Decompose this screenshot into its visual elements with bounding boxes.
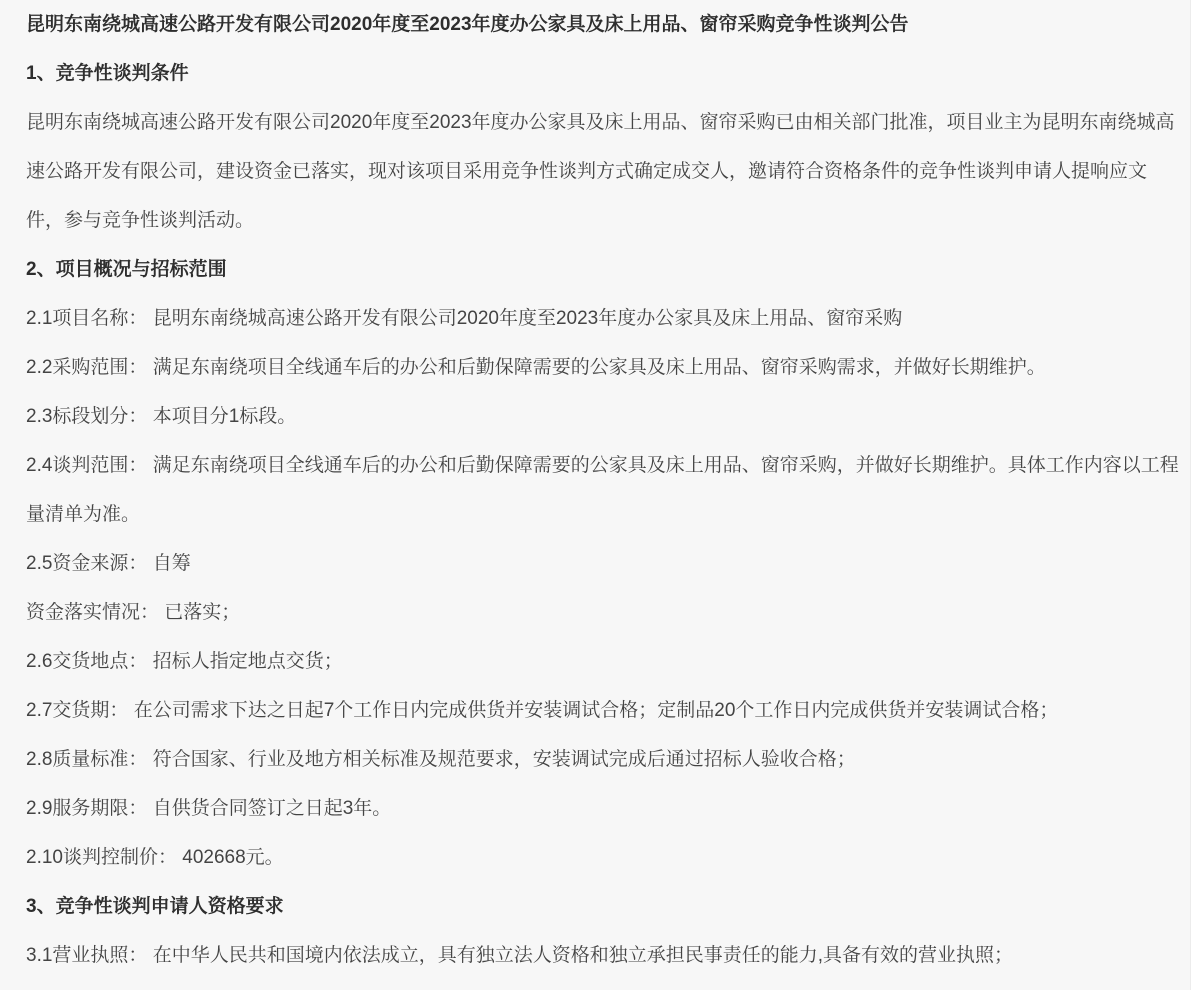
item-funding-status: 资金落实情况： 已落实； (26, 588, 1156, 637)
item-2-4-negotiation-scope-line-1: 2.4谈判范围： 满足东南绕项目全线通车后的办公和后勤保障需要的公家具及床上用品… (26, 441, 1156, 490)
section-2-heading: 2、项目概况与招标范围 (26, 245, 1156, 294)
item-2-7-delivery-period: 2.7交货期： 在公司需求下达之日起7个工作日内完成供货并安装调试合格；定制品2… (26, 686, 1156, 735)
item-2-9-service-period: 2.9服务期限： 自供货合同签订之日起3年。 (26, 784, 1156, 833)
item-3-1-business-license: 3.1营业执照： 在中华人民共和国境内依法成立，具有独立法人资格和独立承担民事责… (26, 931, 1156, 980)
page-right-gutter (1190, 0, 1200, 990)
intro-paragraph-line-2: 速公路开发有限公司，建设资金已落实，现对该项目采用竞争性谈判方式确定成交人，邀请… (26, 147, 1156, 196)
item-2-6-delivery-place: 2.6交货地点： 招标人指定地点交货； (26, 637, 1156, 686)
item-2-4-negotiation-scope-line-2: 量清单为准。 (26, 490, 1156, 539)
item-2-5-funding-source: 2.5资金来源： 自筹 (26, 539, 1156, 588)
intro-paragraph-line-3: 件，参与竞争性谈判活动。 (26, 196, 1156, 245)
announcement-content: 昆明东南绕城高速公路开发有限公司2020年度至2023年度办公家具及床上用品、窗… (0, 0, 1200, 980)
item-2-1-project-name: 2.1项目名称： 昆明东南绕城高速公路开发有限公司2020年度至2023年度办公… (26, 294, 1156, 343)
announcement-page: 昆明东南绕城高速公路开发有限公司2020年度至2023年度办公家具及床上用品、窗… (0, 0, 1200, 990)
intro-paragraph-line-1: 昆明东南绕城高速公路开发有限公司2020年度至2023年度办公家具及床上用品、窗… (26, 98, 1156, 147)
doc-title: 昆明东南绕城高速公路开发有限公司2020年度至2023年度办公家具及床上用品、窗… (26, 0, 1156, 49)
item-2-10-control-price: 2.10谈判控制价： 402668元。 (26, 833, 1156, 882)
section-1-heading: 1、竞争性谈判条件 (26, 49, 1156, 98)
section-3-heading: 3、竞争性谈判申请人资格要求 (26, 882, 1156, 931)
item-2-3-section-division: 2.3标段划分： 本项目分1标段。 (26, 392, 1156, 441)
item-2-8-quality-standard: 2.8质量标准： 符合国家、行业及地方相关标准及规范要求，安装调试完成后通过招标… (26, 735, 1156, 784)
item-2-2-procurement-scope: 2.2采购范围： 满足东南绕项目全线通车后的办公和后勤保障需要的公家具及床上用品… (26, 343, 1156, 392)
